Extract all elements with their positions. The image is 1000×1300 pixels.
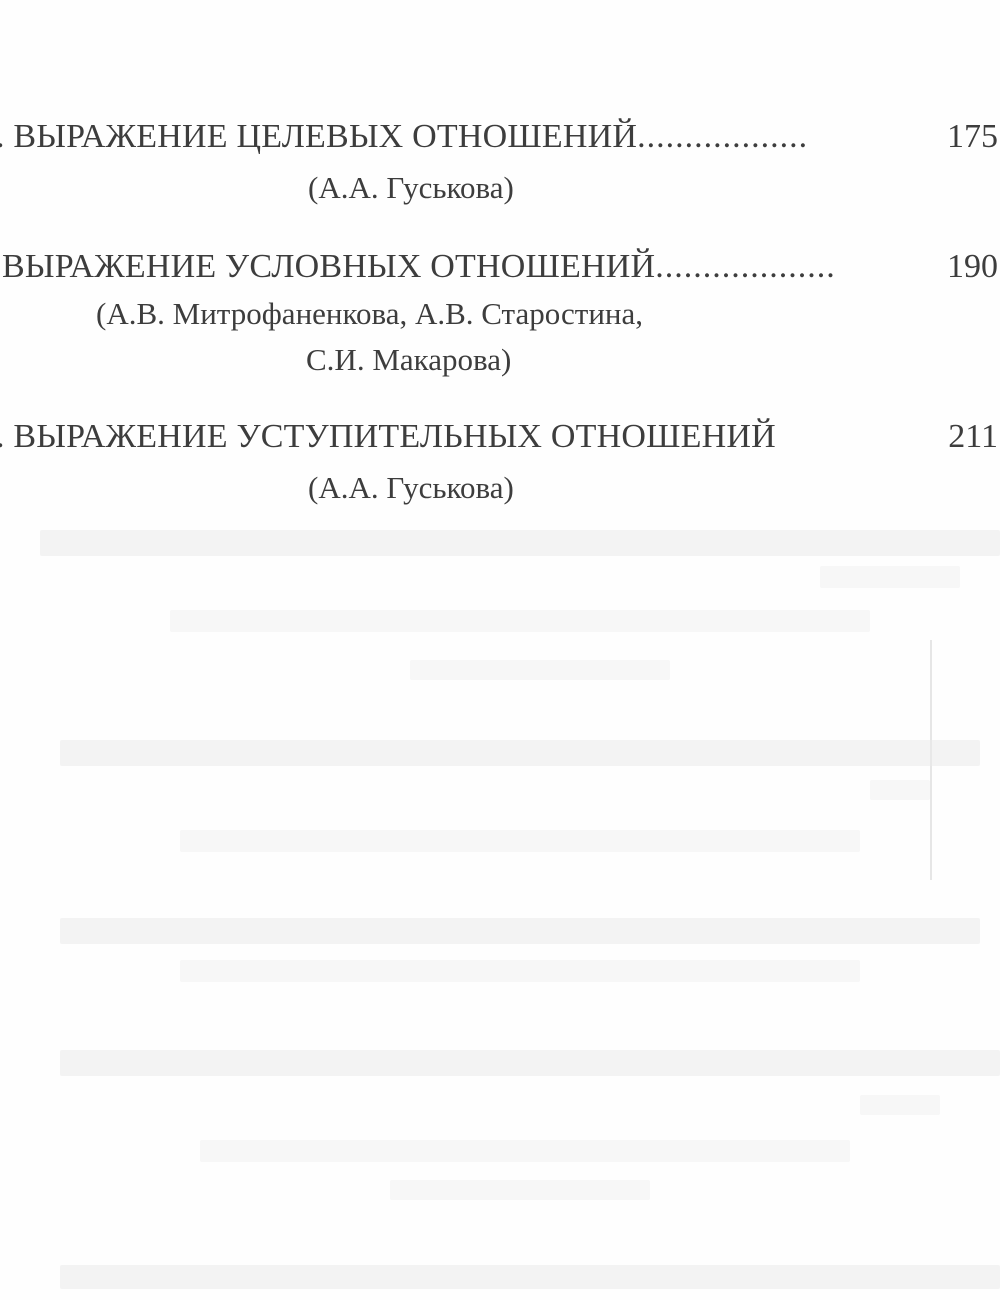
toc-entry-page-number: 190 [947, 248, 998, 286]
toc-entry-title: ВЫРАЖЕНИЕ ЦЕЛЕВЫХ ОТНОШЕНИЙ [13, 118, 637, 155]
toc-entry-authors: (А.А. Гуськова) [308, 170, 514, 206]
toc-entry-title-line: . ВЫРАЖЕНИЕ ЦЕЛЕВЫХ ОТНОШЕНИЙ...........… [0, 118, 808, 156]
toc-entry-leader: .................. [637, 118, 808, 155]
toc-entry-title-line: ВЫРАЖЕНИЕ УСЛОВНЫХ ОТНОШЕНИЙ............… [2, 248, 836, 286]
toc-entry-prefix: . [0, 118, 5, 155]
toc-entry-prefix: . [0, 418, 5, 455]
toc-entry-page-number: 175 [947, 118, 998, 156]
toc-entry-title: ВЫРАЖЕНИЕ УСТУПИТЕЛЬНЫХ ОТНОШЕНИЙ [13, 418, 775, 455]
toc-entry-leader: ................... [655, 248, 836, 285]
toc-entry-authors: (А.А. Гуськова) [308, 470, 514, 506]
toc-entry-page-number: 211 [948, 418, 998, 456]
toc-entry-title: ВЫРАЖЕНИЕ УСЛОВНЫХ ОТНОШЕНИЙ [2, 248, 655, 285]
toc-entry-title-line: . ВЫРАЖЕНИЕ УСТУПИТЕЛЬНЫХ ОТНОШЕНИЙ [0, 418, 776, 456]
toc-entry-authors: (А.В. Митрофаненкова, А.В. Старостина, [96, 296, 643, 332]
toc-entry-authors: С.И. Макарова) [306, 342, 511, 378]
scanned-page: . ВЫРАЖЕНИЕ ЦЕЛЕВЫХ ОТНОШЕНИЙ...........… [0, 0, 1000, 1300]
